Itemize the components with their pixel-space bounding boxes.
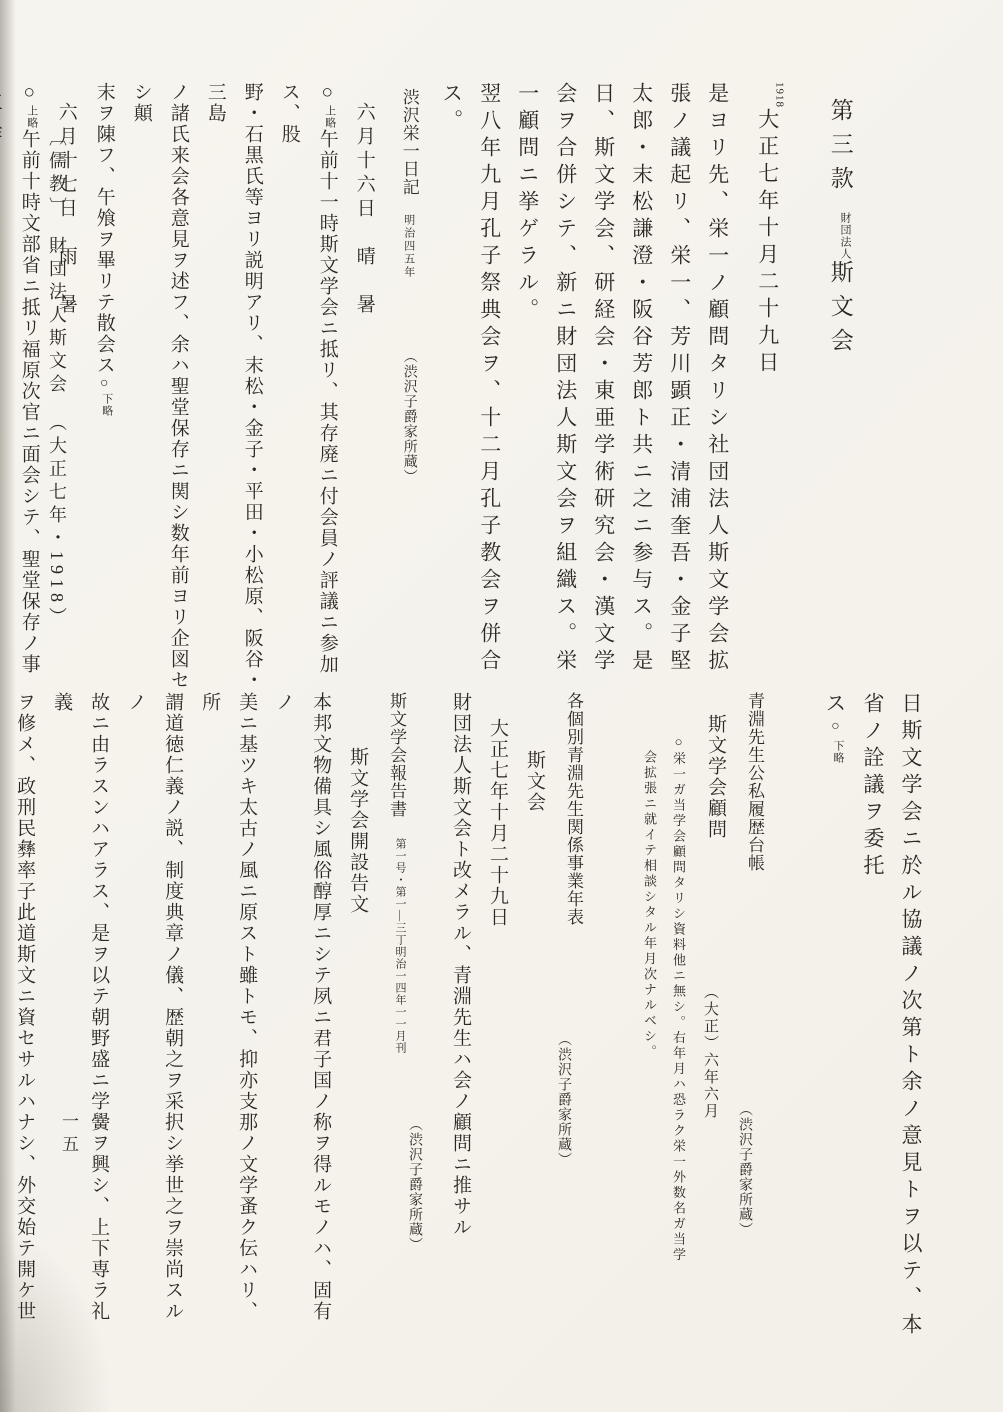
- omission-mark-lower: 下略: [101, 393, 113, 417]
- editor-note-line: ○栄一ガ当学会顧問タリシ資料他ニ無シ。右年月ハ恐ラク栄一外数名ガ当学: [664, 692, 693, 1342]
- summary-line: 翌八年九月孔子祭典会ヲ、十二月孔子教会ヲ併合: [471, 82, 509, 694]
- omission-mark-upper: 上略: [324, 105, 336, 129]
- running-category: 〔儒教〕: [47, 128, 67, 220]
- summary-line: 日、斯文学会、研経会・東亜学術研究会・漢文学: [585, 82, 623, 694]
- omission-mark-lower: 下略: [832, 740, 844, 764]
- diary-text: 末ヲ陳フ、午飧ヲ畢リテ散会ス: [94, 82, 115, 376]
- entry-date: （大正）六年六月: [691, 984, 728, 1120]
- editor-note-line: 会拡張ニ就イテ相談シタル年月次ナルベシ。: [635, 692, 664, 1342]
- org-type-warichu: 財団法人: [822, 212, 868, 260]
- western-year: 1918: [774, 82, 786, 108]
- diary-date-line: 六月十六日 晴 暑: [346, 82, 383, 694]
- summary-line: 日斯文学会ニ於ル協議ノ次第ト余ノ意見トヲ以テ、本省ノ詮議ヲ委托: [854, 692, 930, 1342]
- diary-line: 野・石黒氏等ヨリ説明アリ、末松・金子・平田・小松原、阪谷・三島: [197, 82, 271, 694]
- spacer: [57, 220, 58, 236]
- bottom-register: 日斯文学会ニ於ル協議ノ次第ト余ノ意見トヲ以テ、本省ノ詮議ヲ委托 ス○下略 青淵先…: [0, 692, 930, 1342]
- source-title: 渋沢栄一日記: [400, 88, 419, 196]
- entry-date: 大正七年十月二十九日: [756, 108, 780, 378]
- omission-mark-upper: 上略: [26, 105, 38, 129]
- spacer: [408, 196, 409, 214]
- diary-text: 午前十一時斯文学会ニ抵リ、其存廃ニ付会員ノ評議ニ参加ス、股: [279, 82, 338, 675]
- section-heading: 第三款財団法人斯文会: [817, 82, 868, 694]
- summary-line: ス。: [433, 82, 471, 694]
- document-body-line: 本邦文物備具シ風俗醇厚ニシテ夙ニ君子国ノ称ヲ得ルモノハ、固有ノ: [265, 692, 339, 1342]
- org-name: 斯文会: [828, 260, 853, 362]
- running-org: 財団法人斯文会: [47, 236, 67, 397]
- running-year: （大正七年・1918）: [47, 413, 67, 630]
- nenpyo-date-line: 大正七年十月二十九日: [479, 692, 516, 1342]
- diary-line: 末ヲ陳フ、午飧ヲ畢リテ散会ス○下略: [85, 82, 123, 694]
- omission-circle: ○: [97, 376, 112, 393]
- summary-line: 張ノ議起リ、栄一、芳川顕正・清浦奎吾・金子堅: [661, 82, 699, 694]
- source-attribution: （渋沢子爵家所蔵）: [402, 349, 417, 484]
- source-citation-nenpyo: 各個別青淵先生関係事業年表 （渋沢子爵家所蔵）: [553, 692, 593, 1342]
- warichu-line-left: 法人: [839, 236, 851, 260]
- entry-date-column: 1918大正七年十月二十九日: [749, 82, 787, 694]
- omission-circle: ○: [19, 82, 40, 105]
- diary-line: ○上略午前十一時斯文学会ニ抵リ、其存廃ニ付会員ノ評議ニ参加ス、股: [271, 82, 346, 694]
- diary-line: ノ諸氏来会各意見ヲ述フ、余ハ聖堂保存ニ関シ数年前ヨリ企図セシ顛: [123, 82, 197, 694]
- document-body-line: 謂道徳仁義ノ説、制度典章ノ儀、歴朝之ヲ采択シ挙世之ヲ崇尚スルノ: [117, 692, 191, 1342]
- spacer: [396, 818, 397, 838]
- document-body-line: ヲ修メ、政刑民彝率子此道斯文ニ資セサルハナシ、外交始テ開ケ世態: [0, 692, 43, 1342]
- document-body-line: 美ニ基ツキ太古ノ風ニ原スト雖トモ、抑亦支那ノ文学蚤ク伝ハリ、所: [191, 692, 265, 1342]
- source-citation-hokokusho: 斯文学会報告書第一号・第一―三丁明治一四年一一月刊 （渋沢子爵家所蔵）: [376, 692, 420, 1342]
- scanned-book-page: 第三款財団法人斯文会 1918大正七年十月二十九日 是ヨリ先、栄一ノ顧問タリシ社…: [0, 0, 1003, 1412]
- omission-circle: ○: [828, 719, 843, 740]
- nenpyo-entry-line: 財団法人斯文会ト改メラル、青淵先生ハ会ノ顧問ニ推サル: [442, 692, 479, 1342]
- spacer: [57, 397, 58, 413]
- spacer: [839, 200, 840, 212]
- source-title: 斯文学会報告書: [387, 692, 406, 818]
- top-register: 第三款財団法人斯文会 1918大正七年十月二十九日 是ヨリ先、栄一ノ顧問タリシ社…: [0, 82, 868, 694]
- summary-line: 是ヨリ先、栄一ノ顧問タリシ社団法人斯文学会拡: [699, 82, 737, 694]
- source-attribution: （渋沢子爵家所蔵）: [394, 1117, 434, 1252]
- document-body-line: 故ニ由ラスンハアラス、是ヲ以テ朝野盛ニ学黌ヲ興シ、上下専ラ礼義: [43, 692, 117, 1342]
- spacer: [408, 279, 409, 349]
- entry-text: 斯文学会顧問: [705, 714, 726, 840]
- issue-warichu: 第一号・第一―三丁明治一四年一一月刊: [380, 838, 420, 1054]
- source-title: 青淵先生公私履歴台帳: [745, 692, 764, 872]
- warichu-line-right: 財団: [839, 212, 851, 236]
- page-number: 一五: [56, 1112, 81, 1158]
- source-citation-rireki: 青淵先生公私履歴台帳 （渋沢子爵家所蔵）: [734, 692, 774, 1342]
- nenpyo-org-line: 斯文会: [516, 692, 553, 1342]
- source-title: 各個別青淵先生関係事業年表: [564, 692, 583, 926]
- diary-line: ○上略午前十時文部省ニ抵リ福原次官ニ面会シテ、聖堂保存ノ事ニ付昨: [0, 82, 48, 694]
- warichu-line-left: 明治一四年一一月刊: [394, 946, 406, 1054]
- source-citation-diary: 渋沢栄一日記明治四五年（渋沢子爵家所蔵）: [389, 82, 429, 694]
- warichu-line-right: 第一号・第一―三丁: [394, 838, 406, 946]
- summary-text: ス: [823, 692, 847, 719]
- rireki-entry-line: 斯文学会顧問 （大正）六年六月: [697, 692, 734, 1342]
- diary-text: 午前十時文部省ニ抵リ福原次官ニ面会シテ、聖堂保存ノ事ニ付昨: [0, 82, 40, 675]
- source-subtitle: 明治四五年: [403, 214, 415, 279]
- running-title: 〔儒教〕財団法人斯文会（大正七年・1918）: [42, 128, 72, 630]
- section-number: 第三款: [828, 98, 853, 200]
- omission-circle: ○: [317, 82, 338, 105]
- summary-line: 太郎・末松謙澄・阪谷芳郎ト共ニ之ニ参与ス。是: [623, 82, 661, 694]
- document-title-line: 斯文学会開設告文: [339, 692, 376, 1342]
- summary-line: 会ヲ合併シテ、新ニ財団法人斯文会ヲ組織ス。栄: [547, 82, 585, 694]
- summary-line: ス○下略: [816, 692, 854, 1342]
- summary-line: 一顧問ニ挙ゲラル。: [509, 82, 547, 694]
